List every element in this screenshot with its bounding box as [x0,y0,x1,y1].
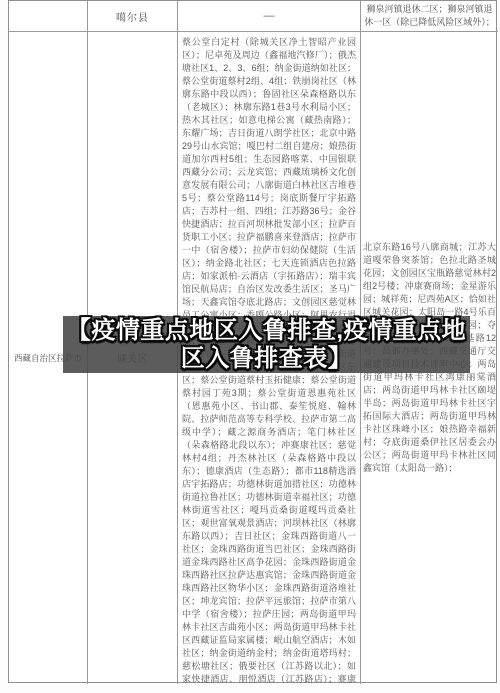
headline-overlay: 【疫情重点地区入鲁排查,疫情重点地区入鲁排查表】 [63,316,470,373]
table-cell-areas-a-dash: — [178,1,361,32]
table-cell-province-empty [9,1,88,32]
page-background: { "page": { "background": "#fdfdfd", "bo… [0,0,500,693]
table-cell-areas-b-shiquanhe: 狮泉河镇退休二区；狮泉河镇退休一区（除已降低风险区域外）； [361,1,498,32]
table-cell-county-gaer: 噶尔县 [88,1,178,32]
headline-title: 【疫情重点地区入鲁排查,疫情重点地区入鲁排查表】 [63,317,470,373]
